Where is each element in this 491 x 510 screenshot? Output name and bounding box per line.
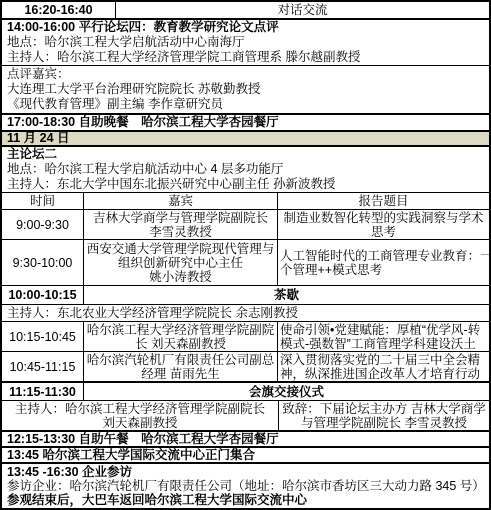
guest-cell: 哈尔滨工程大学经济管理学院副院 长 刘天森副教授	[83, 322, 277, 351]
forum2-host: 主持人：东北大学中国东北振兴研究中心副主任 孙新波教授	[7, 177, 335, 192]
gather-text: 13:45 哈尔滨工程大学国际交流中心正门集合	[7, 448, 255, 462]
row-company-visit: 13:45 -16:30 企业参访 参访企业：哈尔滨汽轮机厂有限责任公司（地址：…	[2, 462, 489, 508]
row-ceremony-detail: 主持人：哈尔滨工程大学经济管理学院副院长 刘天森副教授 致辞：下届论坛主办方 吉…	[2, 400, 489, 430]
row-lunch: 12:15-13:30 自助午餐 哈尔滨工程大学杏园餐厅	[2, 430, 489, 446]
forum2-title: 主论坛二	[7, 147, 57, 162]
row-talk-1: 9:00-9:30 吉林大学商学与管理学院副院长 李雪灵教授 制造业数智化转型的…	[2, 209, 489, 239]
reviewers-label: 点评嘉宾：	[7, 67, 70, 82]
time-cell: 10:00-10:15	[2, 286, 83, 304]
row-gather: 13:45 哈尔滨工程大学国际交流中心正门集合	[2, 446, 489, 462]
conference-agenda-table: 16:20-16:40 对话交流 14:00-16:00 平行论坛四：教育教学研…	[0, 0, 491, 510]
time-cell: 10:45-11:15	[2, 352, 83, 381]
ceremony-speech-cell: 致辞：下届论坛主办方 吉林大学商学 与管理学院副院长 李雪灵教授	[278, 401, 489, 430]
row-review-guests: 点评嘉宾： 大连理工大学平台治理研究院院长 苏敬勤教授 《现代教育管理》副主编 …	[2, 65, 489, 113]
row-forum4-info: 14:00-16:00 平行论坛四：教育教学研究论文点评 地点：哈尔滨工程大学启…	[2, 18, 489, 65]
guest-cell: 西安交通大学管理学院现代管理与 组织创新研究中心主任 姚小涛教授	[83, 240, 277, 285]
header-topic: 报告题目	[277, 193, 489, 209]
guest-cell: 吉林大学商学与管理学院副院长 李雪灵教授	[83, 210, 277, 239]
forum4-title: 14:00-16:00 平行论坛四：教育教学研究论文点评	[7, 20, 279, 35]
time-cell: 11:15-11:30	[2, 383, 83, 400]
row-dinner: 17:00-18:30 自助晚餐 哈尔滨工程大学杏园餐厅	[2, 113, 489, 130]
session2-host-text: 主持人：东北农业大学经济管理学院院长 余志刚教授	[7, 306, 298, 321]
tea-break-label: 茶歇	[83, 286, 489, 304]
visit-company: 参访企业：哈尔滨汽轮机厂有限责任公司（地址：哈尔滨市香坊区三大动力路 345 号…	[7, 479, 485, 493]
row-talk-3: 10:15-10:45 哈尔滨工程大学经济管理学院副院 长 刘天森副教授 使命引…	[2, 321, 489, 351]
topic-cell: 深入贯彻落实党的二十届三中全会精 神，纵深推进国企改革人才培育行动	[277, 352, 489, 381]
time-cell: 9:00-9:30	[2, 210, 83, 239]
topic-cell: 人工智能时代的工商管理专业教育：一 个管理++模式思考	[277, 240, 489, 285]
row-date: 11 月 24 日	[2, 130, 489, 145]
date-label: 11 月 24 日	[7, 132, 70, 145]
reviewer-guest-2: 《现代教育管理》副主编 李作章研究员	[7, 97, 223, 112]
reviewer-guest-1: 大连理工大学平台治理研究院院长 苏敬勤教授	[7, 82, 260, 97]
row-table-header: 时间 嘉宾 报告题目	[2, 192, 489, 209]
visit-return-note: 参观结束后，大巴车返回哈尔滨工程大学国际交流中心	[7, 493, 307, 507]
dinner-text: 17:00-18:30 自助晚餐 哈尔滨工程大学杏园餐厅	[7, 115, 279, 130]
visit-title: 13:45 -16:30 企业参访	[7, 465, 132, 479]
lunch-text: 12:15-13:30 自助午餐 哈尔滨工程大学杏园餐厅	[7, 432, 279, 446]
row-talk-4: 10:45-11:15 哈尔滨汽轮机厂有限责任公司副总 经理 苗雨先生 深入贯彻…	[2, 351, 489, 381]
dialogue-label: 对话交流	[115, 2, 489, 18]
forum4-location: 地点：哈尔滨工程大学启航活动中心南海厅	[7, 35, 245, 50]
row-talk-2: 9:30-10:00 西安交通大学管理学院现代管理与 组织创新研究中心主任 姚小…	[2, 239, 489, 285]
topic-cell: 使命引领•党建赋能：厚植“优学风-转 模式-强数智”工商管理学科建设沃土	[277, 322, 489, 351]
row-session2-host: 主持人：东北农业大学经济管理学院院长 余志刚教授	[2, 304, 489, 321]
ceremony-host-cell: 主持人：哈尔滨工程大学经济管理学院副院长 刘天森副教授	[2, 401, 278, 430]
flag-ceremony-label: 会旗交接仪式	[83, 383, 489, 400]
row-dialogue: 16:20-16:40 对话交流	[2, 2, 489, 18]
row-tea-break: 10:00-10:15 茶歇	[2, 285, 489, 304]
forum2-location: 地点：哈尔滨工程大学启航活动中心 4 层多功能厅	[7, 162, 283, 177]
topic-cell: 制造业数智化转型的实践洞察与学术 思考	[277, 210, 489, 239]
time-cell: 9:30-10:00	[2, 240, 83, 285]
row-forum2-info: 主论坛二 地点：哈尔滨工程大学启航活动中心 4 层多功能厅 主持人：东北大学中国…	[2, 145, 489, 192]
guest-cell: 哈尔滨汽轮机厂有限责任公司副总 经理 苗雨先生	[83, 352, 277, 381]
row-flag-ceremony: 11:15-11:30 会旗交接仪式	[2, 381, 489, 400]
header-guest: 嘉宾	[83, 193, 277, 209]
header-time: 时间	[2, 193, 83, 209]
time-cell: 10:15-10:45	[2, 322, 83, 351]
time-cell: 16:20-16:40	[2, 2, 115, 18]
forum4-host: 主持人：哈尔滨工程大学经济管理学院工商管理系 滕尔越副教授	[7, 50, 360, 65]
